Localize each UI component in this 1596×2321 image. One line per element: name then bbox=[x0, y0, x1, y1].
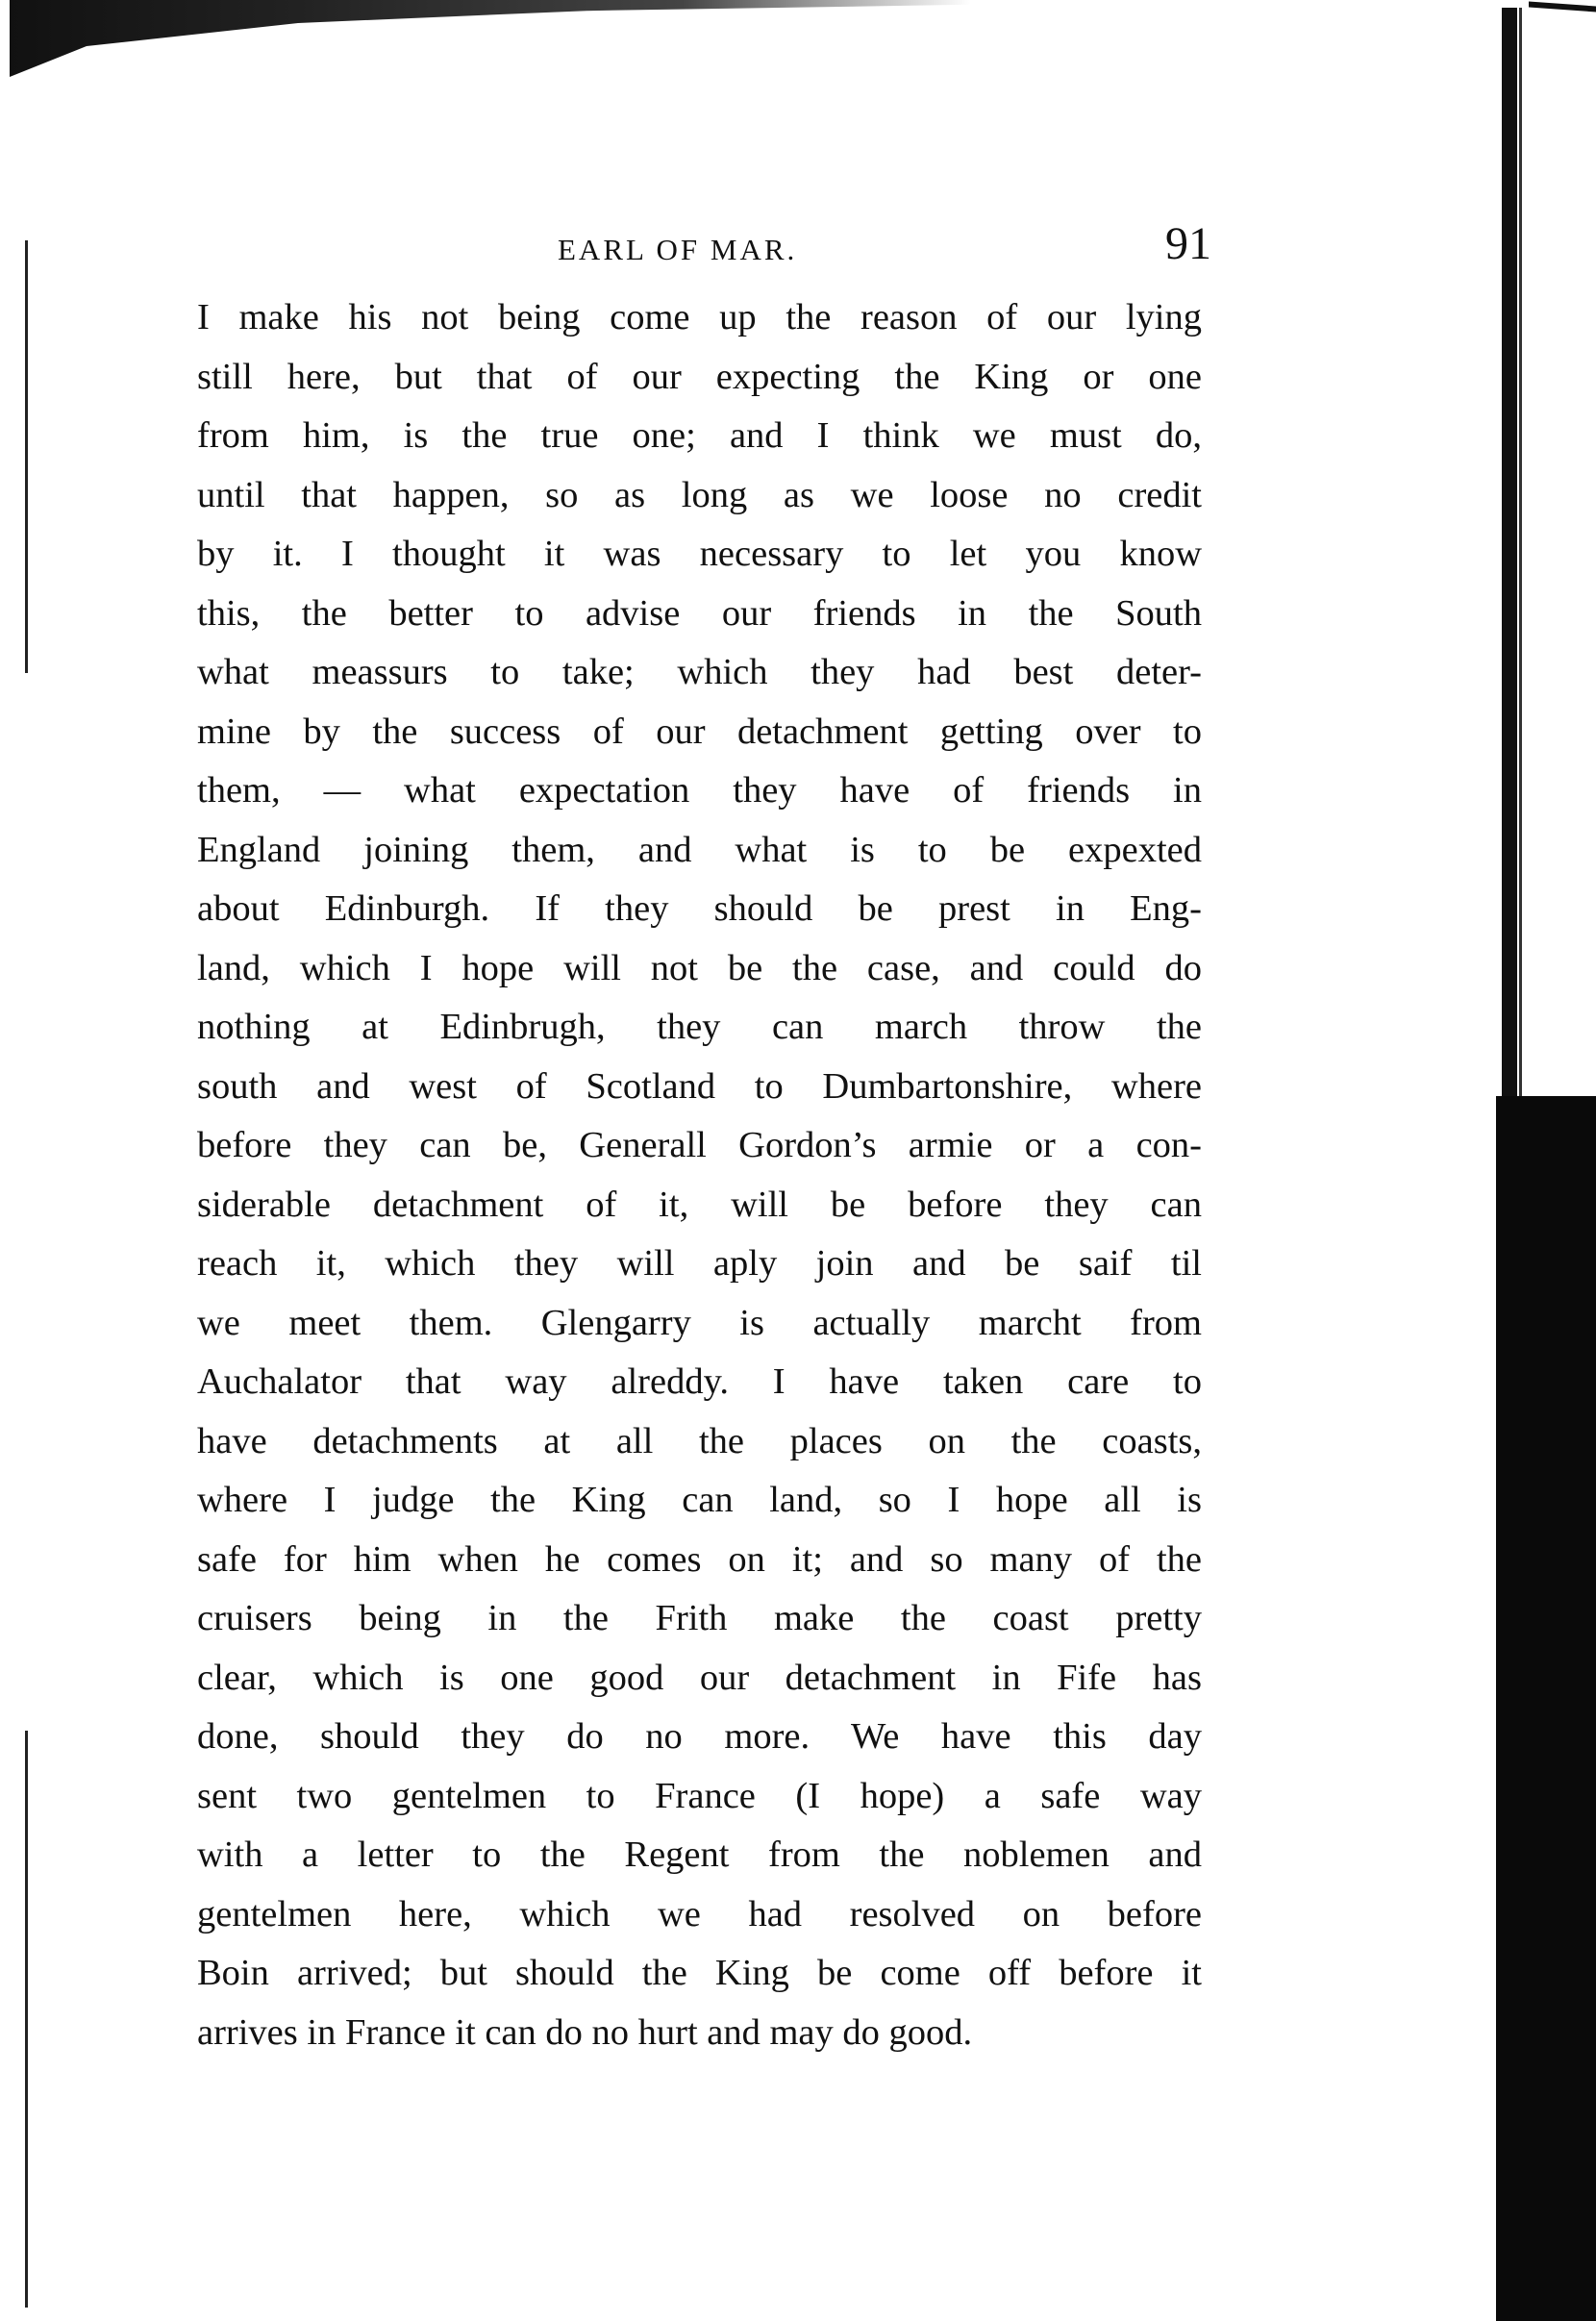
body-text: I make his not being come up the reason … bbox=[197, 288, 1202, 2062]
text-line: them, — what expectation they have of fr… bbox=[197, 761, 1202, 821]
text-line: about Edinburgh. If they should be prest… bbox=[197, 880, 1202, 939]
text-line: what meassurs to take; which they had be… bbox=[197, 643, 1202, 703]
book-binding-line bbox=[1519, 8, 1522, 1161]
text-line: until that happen, so as long as we loos… bbox=[197, 466, 1202, 526]
margin-mark bbox=[25, 240, 28, 673]
page-header: EARL OF MAR. 91 bbox=[481, 217, 1211, 275]
scan-edge-shadow bbox=[10, 0, 971, 77]
text-line: cruisers being in the Frith make the coa… bbox=[197, 1589, 1202, 1649]
text-line: this, the better to advise our friends i… bbox=[197, 585, 1202, 644]
text-line: south and west of Scotland to Dumbartons… bbox=[197, 1058, 1202, 1117]
text-line: arrives in France it can do no hurt and … bbox=[197, 2004, 1202, 2063]
text-line: land, which I hope will not be the case,… bbox=[197, 939, 1202, 999]
text-line: Auchalator that way alreddy. I have take… bbox=[197, 1353, 1202, 1412]
text-line: from him, is the true one; and I think w… bbox=[197, 407, 1202, 466]
text-line: we meet them. Glengarry is actually marc… bbox=[197, 1294, 1202, 1354]
text-line: before they can be, Generall Gordon’s ar… bbox=[197, 1116, 1202, 1176]
scanned-book-page: EARL OF MAR. 91 I make his not being com… bbox=[0, 0, 1596, 2321]
text-line: mine by the success of our detachment ge… bbox=[197, 703, 1202, 762]
text-line: Boin arrived; but should the King be com… bbox=[197, 1944, 1202, 2004]
text-line: safe for him when he comes on it; and so… bbox=[197, 1531, 1202, 1590]
text-line: gentelmen here, which we had resolved on… bbox=[197, 1885, 1202, 1945]
text-line: England joining them, and what is to be … bbox=[197, 821, 1202, 881]
text-line: by it. I thought it was necessary to let… bbox=[197, 525, 1202, 585]
scan-edge-shadow-top-right bbox=[1529, 2, 1596, 12]
text-line: still here, but that of our expecting th… bbox=[197, 348, 1202, 408]
text-line: nothing at Edinbrugh, they can march thr… bbox=[197, 998, 1202, 1058]
text-line: with a letter to the Regent from the nob… bbox=[197, 1826, 1202, 1885]
text-line: have detachments at all the places on th… bbox=[197, 1412, 1202, 1472]
text-line: I make his not being come up the reason … bbox=[197, 288, 1202, 348]
text-line: clear, which is one good our detachment … bbox=[197, 1649, 1202, 1709]
running-head: EARL OF MAR. bbox=[558, 233, 797, 267]
text-line: reach it, which they will aply join and … bbox=[197, 1235, 1202, 1294]
book-binding-shadow bbox=[1496, 1096, 1596, 2321]
text-line: sent two gentelmen to France (I hope) a … bbox=[197, 1767, 1202, 1827]
margin-mark bbox=[25, 1731, 28, 2308]
text-line: where I judge the King can land, so I ho… bbox=[197, 1471, 1202, 1531]
text-line: siderable detachment of it, will be befo… bbox=[197, 1176, 1202, 1235]
page-number: 91 bbox=[1165, 217, 1211, 270]
text-line: done, should they do no more. We have th… bbox=[197, 1708, 1202, 1767]
